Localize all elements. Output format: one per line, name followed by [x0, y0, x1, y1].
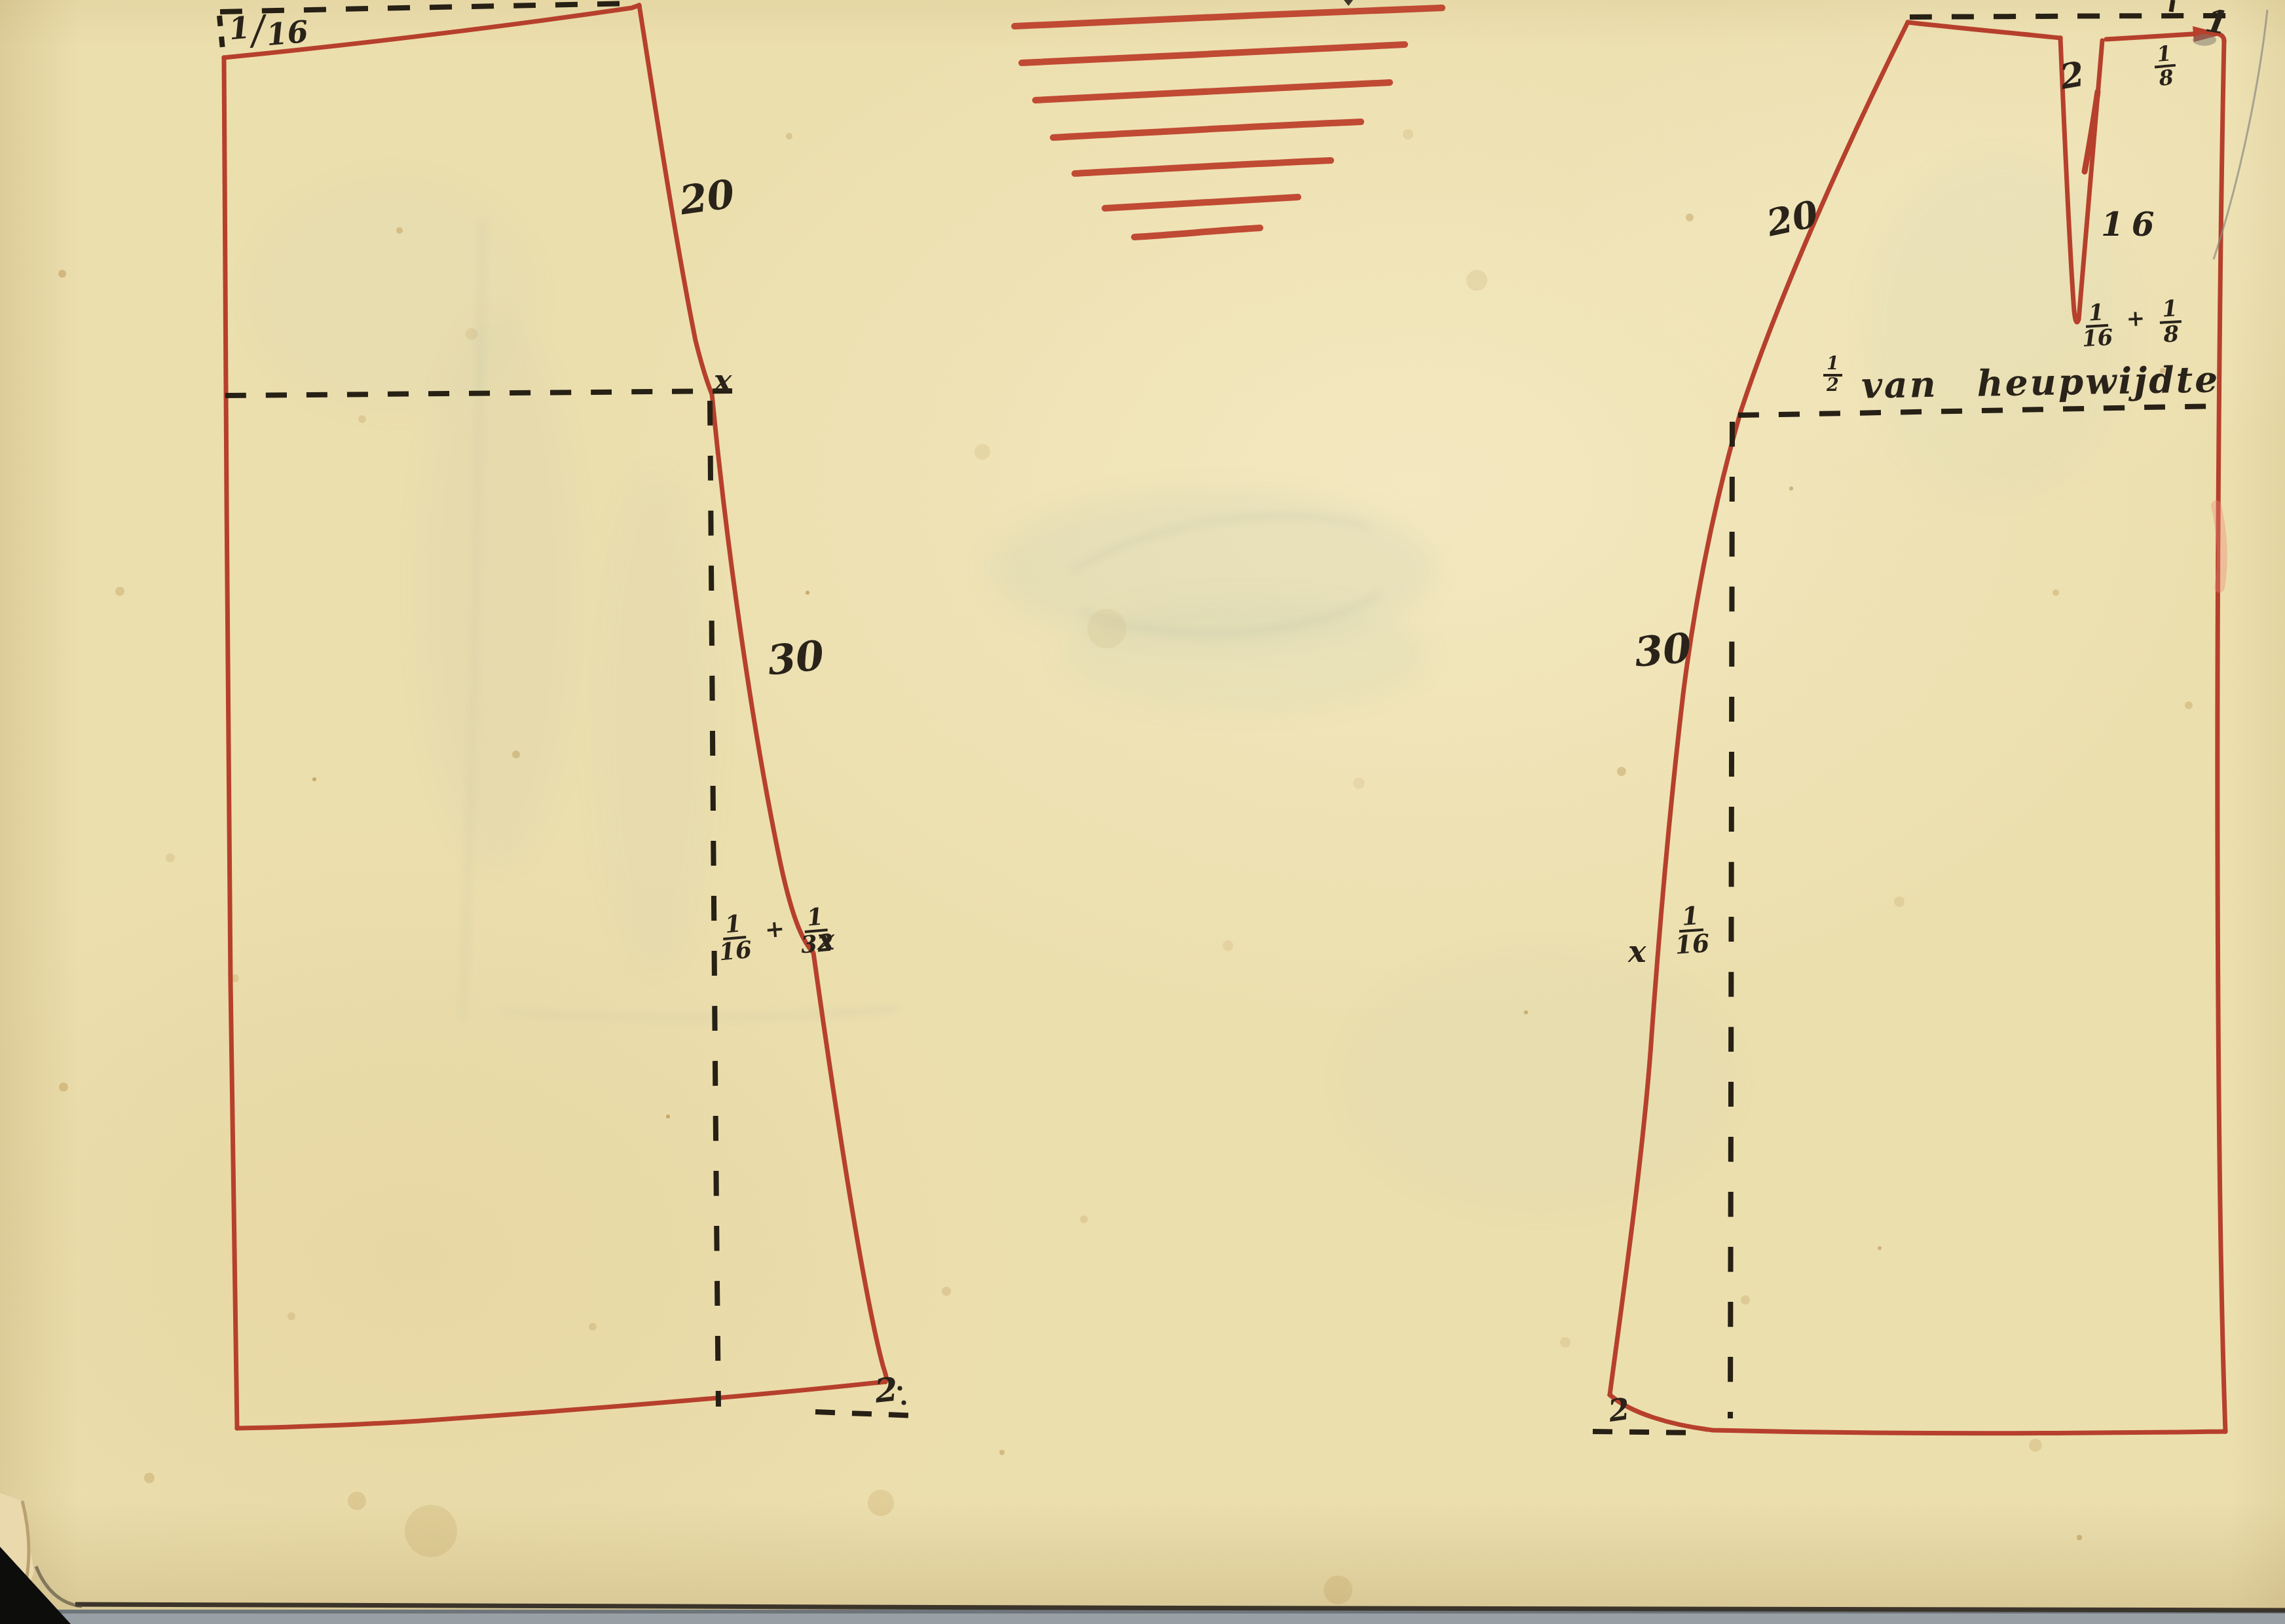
left-top-dashed-line	[220, 3, 634, 12]
top-right-tick-mark	[2171, 0, 2173, 12]
scan-edges	[0, 1493, 2285, 1624]
left-hem-dashed-line	[815, 1412, 918, 1416]
right-piece-corner-join	[2219, 34, 2224, 41]
left-piece-hem-edge	[237, 1382, 885, 1428]
ink-speck	[898, 1386, 902, 1391]
top-edge-nick	[1344, 0, 1353, 6]
left-hip-dashed-line	[225, 391, 732, 396]
ink-speck	[902, 1401, 906, 1405]
pink-smudge	[2216, 506, 2222, 587]
bleed-through-ghost	[249, 157, 2128, 1211]
right-piece-hem-edge	[1610, 1395, 2225, 1433]
left-piece-waist-edge	[224, 5, 639, 58]
right-piece-side-seam	[1610, 22, 1908, 1395]
left-piece-left-edge	[224, 58, 237, 1428]
hatch-lines	[1014, 8, 1442, 237]
page-bottom-edge-line	[75, 1604, 2285, 1610]
right-top-dashed-line	[1910, 16, 2228, 17]
graphite-smudge	[2193, 34, 2216, 46]
left-vertical-dashed-line	[710, 401, 718, 1407]
right-piece-back-edge	[2218, 41, 2225, 1431]
right-vertical-dashed-line	[1730, 422, 1732, 1418]
right-piece-waist-left	[1908, 22, 2060, 38]
pattern-drawing	[0, 0, 2285, 1624]
left-top-dashed-connector	[219, 16, 223, 56]
right-hem-dashed-line	[1593, 1431, 1698, 1433]
